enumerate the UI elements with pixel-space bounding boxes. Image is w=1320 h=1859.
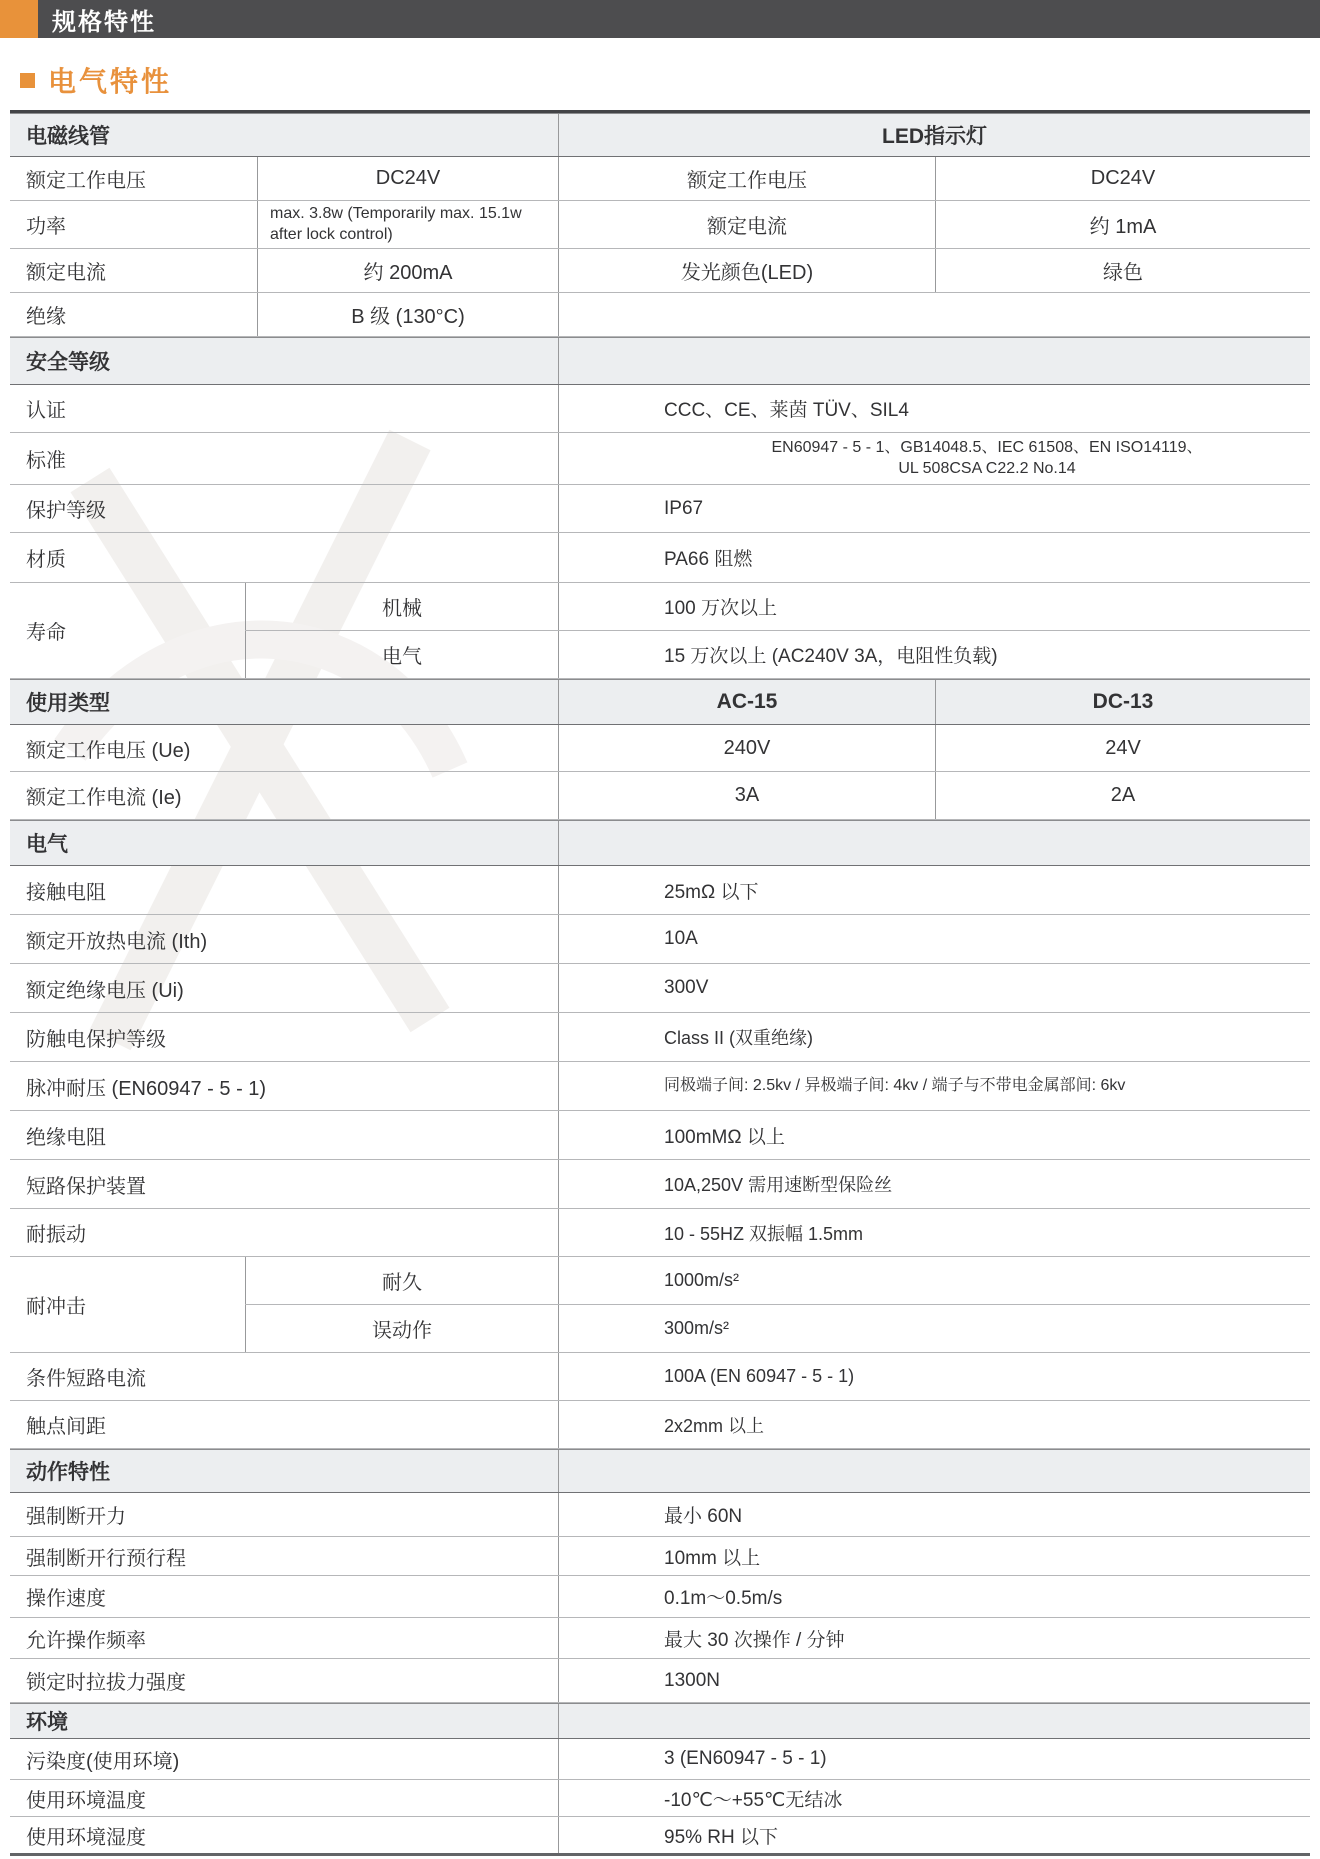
section-title-electrical: 电气	[10, 821, 558, 865]
row-label: 额定电流	[558, 201, 935, 248]
row-label: 触点间距	[10, 1401, 558, 1448]
section-header-electrical: 电气	[10, 820, 1310, 866]
section-title-led: LED指示灯	[558, 114, 1310, 156]
row-label: 认证	[10, 385, 558, 432]
table-row: 绝缘 B 级 (130°C)	[10, 293, 1310, 337]
row-value: 3 (EN60947 - 5 - 1)	[558, 1739, 1310, 1779]
row-value: 15 万次以上 (AC240V 3A，电阻性负载)	[558, 631, 1310, 678]
table-row: 强制断开行预行程 10mm 以上	[10, 1537, 1310, 1576]
row-label: 操作速度	[10, 1576, 558, 1617]
section-heading: 电气特性	[20, 60, 172, 100]
row-value-dc: 2A	[935, 772, 1310, 819]
empty-cell	[558, 1450, 1310, 1492]
table-row: 电气 15 万次以上 (AC240V 3A，电阻性负载)	[245, 631, 1310, 678]
section-header-solenoid: 电磁线管 LED指示灯	[10, 113, 1310, 157]
row-value: 100mMΩ 以上	[558, 1111, 1310, 1159]
row-label: 额定电流	[10, 249, 257, 292]
row-value: 10A,250V 需用速断型保险丝	[558, 1160, 1310, 1208]
row-value: -10℃～+55℃无结冰	[558, 1780, 1310, 1816]
row-label: 标准	[10, 433, 558, 484]
table-row: 接触电阻 25mΩ 以下	[10, 866, 1310, 915]
row-label: 寿命	[10, 583, 245, 678]
column-header-dc13: DC-13	[935, 680, 1310, 724]
table-row: 脉冲耐压 (EN60947 - 5 - 1) 同极端子间: 2.5kv / 异极…	[10, 1062, 1310, 1111]
row-label: 额定工作电压 (Ue)	[10, 725, 558, 771]
row-value-line1: EN60947 - 5 - 1、GB14048.5、IEC 61508、EN I…	[771, 438, 1202, 459]
table-rowgroup-shock: 耐冲击 耐久 1000m/s² 误动作 300m/s²	[10, 1257, 1310, 1353]
section-title-utilization: 使用类型	[10, 680, 558, 724]
section-title-environment: 环境	[10, 1704, 558, 1738]
section-header-utilization: 使用类型 AC-15 DC-13	[10, 679, 1310, 725]
row-label: 条件短路电流	[10, 1353, 558, 1400]
spec-table: 电磁线管 LED指示灯 额定工作电压 DC24V 额定工作电压 DC24V 功率…	[10, 110, 1310, 1856]
row-label: 防触电保护等级	[10, 1013, 558, 1061]
row-value: Class II (双重绝缘)	[558, 1013, 1310, 1061]
row-value-ac: 240V	[558, 725, 935, 771]
row-value: 10 - 55HZ 双振幅 1.5mm	[558, 1209, 1310, 1256]
row-value: 约 1mA	[935, 201, 1310, 248]
row-value: 同极端子间: 2.5kv / 异极端子间: 4kv / 端子与不带电金属部间: …	[558, 1062, 1310, 1110]
page-header-bar: 规格特性	[0, 0, 1320, 38]
table-row: 污染度(使用环境) 3 (EN60947 - 5 - 1)	[10, 1739, 1310, 1780]
empty-cell	[558, 821, 1310, 865]
row-label: 强制断开力	[10, 1493, 558, 1536]
row-label: 脉冲耐压 (EN60947 - 5 - 1)	[10, 1062, 558, 1110]
row-value: 最小 60N	[558, 1493, 1310, 1536]
row-label: 耐振动	[10, 1209, 558, 1256]
row-value: 10mm 以上	[558, 1537, 1310, 1575]
row-label: 额定工作电流 (Ie)	[10, 772, 558, 819]
table-row: 绝缘电阻 100mMΩ 以上	[10, 1111, 1310, 1160]
table-row: 额定工作电流 (Ie) 3A 2A	[10, 772, 1310, 820]
row-value: 25mΩ 以下	[558, 866, 1310, 914]
table-row: 额定电流 约 200mA 发光颜色(LED) 绿色	[10, 249, 1310, 293]
row-sublabel: 误动作	[245, 1305, 558, 1352]
row-label: 发光颜色(LED)	[558, 249, 935, 292]
row-label: 额定绝缘电压 (Ui)	[10, 964, 558, 1012]
table-row: 额定开放热电流 (Ith) 10A	[10, 915, 1310, 964]
section-heading-label: 电气特性	[48, 60, 172, 100]
table-row: 短路保护装置 10A,250V 需用速断型保险丝	[10, 1160, 1310, 1209]
table-row: 耐久 1000m/s²	[245, 1257, 1310, 1305]
row-label: 短路保护装置	[10, 1160, 558, 1208]
table-rowgroup-life: 寿命 机械 100 万次以上 电气 15 万次以上 (AC240V 3A，电阻性…	[10, 583, 1310, 679]
row-label: 材质	[10, 533, 558, 582]
row-value: 100A (EN 60947 - 5 - 1)	[558, 1353, 1310, 1400]
row-label: 锁定时拉拔力强度	[10, 1659, 558, 1702]
section-title-solenoid: 电磁线管	[10, 114, 558, 156]
row-value-dc: 24V	[935, 725, 1310, 771]
row-value: 约 200mA	[257, 249, 558, 292]
row-value: 0.1m～0.5m/s	[558, 1576, 1310, 1617]
row-value: IP67	[558, 485, 1310, 532]
row-value: EN60947 - 5 - 1、GB14048.5、IEC 61508、EN I…	[558, 433, 1310, 484]
orange-square-icon	[20, 73, 35, 88]
table-row: 额定绝缘电压 (Ui) 300V	[10, 964, 1310, 1013]
section-header-action: 动作特性	[10, 1449, 1310, 1493]
row-label: 污染度(使用环境)	[10, 1739, 558, 1779]
table-row: 功率 max. 3.8w (Temporarily max. 15.1w aft…	[10, 201, 1310, 249]
table-row: 误动作 300m/s²	[245, 1305, 1310, 1352]
table-row: 允许操作频率 最大 30 次操作 / 分钟	[10, 1618, 1310, 1659]
row-value: B 级 (130°C)	[257, 293, 558, 336]
row-label: 强制断开行预行程	[10, 1537, 558, 1575]
row-value: 绿色	[935, 249, 1310, 292]
section-title-safety: 安全等级	[10, 338, 558, 384]
row-value: 300m/s²	[558, 1305, 1310, 1352]
section-header-safety: 安全等级	[10, 337, 1310, 385]
row-sublabel: 耐久	[245, 1257, 558, 1304]
table-row: 触点间距 2x2mm 以上	[10, 1401, 1310, 1449]
table-row: 操作速度 0.1m～0.5m/s	[10, 1576, 1310, 1618]
row-label: 绝缘电阻	[10, 1111, 558, 1159]
table-row: 机械 100 万次以上	[245, 583, 1310, 631]
row-value: DC24V	[257, 157, 558, 200]
empty-cell	[558, 293, 1310, 336]
row-value: 2x2mm 以上	[558, 1401, 1310, 1448]
row-label: 使用环境湿度	[10, 1817, 558, 1853]
row-value: 95% RH 以下	[558, 1817, 1310, 1853]
row-value-ac: 3A	[558, 772, 935, 819]
row-label: 接触电阻	[10, 866, 558, 914]
row-value: 1000m/s²	[558, 1257, 1310, 1304]
orange-block-icon	[0, 0, 38, 38]
row-label: 保护等级	[10, 485, 558, 532]
column-header-ac15: AC-15	[558, 680, 935, 724]
row-value: 最大 30 次操作 / 分钟	[558, 1618, 1310, 1658]
row-label: 额定工作电压	[558, 157, 935, 200]
row-value: 100 万次以上	[558, 583, 1310, 630]
empty-cell	[558, 338, 1310, 384]
row-label: 绝缘	[10, 293, 257, 336]
table-row: 标准 EN60947 - 5 - 1、GB14048.5、IEC 61508、E…	[10, 433, 1310, 485]
section-title-action: 动作特性	[10, 1450, 558, 1492]
table-row: 强制断开力 最小 60N	[10, 1493, 1310, 1537]
table-row: 防触电保护等级 Class II (双重绝缘)	[10, 1013, 1310, 1062]
row-label: 功率	[10, 201, 257, 248]
table-row: 保护等级 IP67	[10, 485, 1310, 533]
table-row: 使用环境温度 -10℃～+55℃无结冰	[10, 1780, 1310, 1817]
table-row: 认证 CCC、CE、莱茵 TÜV、SIL4	[10, 385, 1310, 433]
row-label: 额定工作电压	[10, 157, 257, 200]
row-value: max. 3.8w (Temporarily max. 15.1w after …	[257, 201, 558, 248]
row-value: PA66 阻燃	[558, 533, 1310, 582]
row-label: 使用环境温度	[10, 1780, 558, 1816]
row-sublabel: 电气	[245, 631, 558, 678]
row-label: 耐冲击	[10, 1257, 245, 1352]
row-value: CCC、CE、莱茵 TÜV、SIL4	[558, 385, 1310, 432]
row-value: 10A	[558, 915, 1310, 963]
row-label: 额定开放热电流 (Ith)	[10, 915, 558, 963]
row-value: 1300N	[558, 1659, 1310, 1702]
page-title: 规格特性	[52, 0, 156, 38]
table-row: 材质 PA66 阻燃	[10, 533, 1310, 583]
row-value-line2: UL 508CSA C22.2 No.14	[898, 459, 1075, 480]
empty-cell	[558, 1704, 1310, 1738]
row-sublabel: 机械	[245, 583, 558, 630]
row-value: DC24V	[935, 157, 1310, 200]
row-label: 允许操作频率	[10, 1618, 558, 1658]
section-header-environment: 环境	[10, 1703, 1310, 1739]
table-row: 额定工作电压 (Ue) 240V 24V	[10, 725, 1310, 772]
table-row: 使用环境湿度 95% RH 以下	[10, 1817, 1310, 1853]
table-row: 耐振动 10 - 55HZ 双振幅 1.5mm	[10, 1209, 1310, 1257]
row-value: 300V	[558, 964, 1310, 1012]
table-row: 锁定时拉拔力强度 1300N	[10, 1659, 1310, 1703]
table-row: 条件短路电流 100A (EN 60947 - 5 - 1)	[10, 1353, 1310, 1401]
table-row: 额定工作电压 DC24V 额定工作电压 DC24V	[10, 157, 1310, 201]
